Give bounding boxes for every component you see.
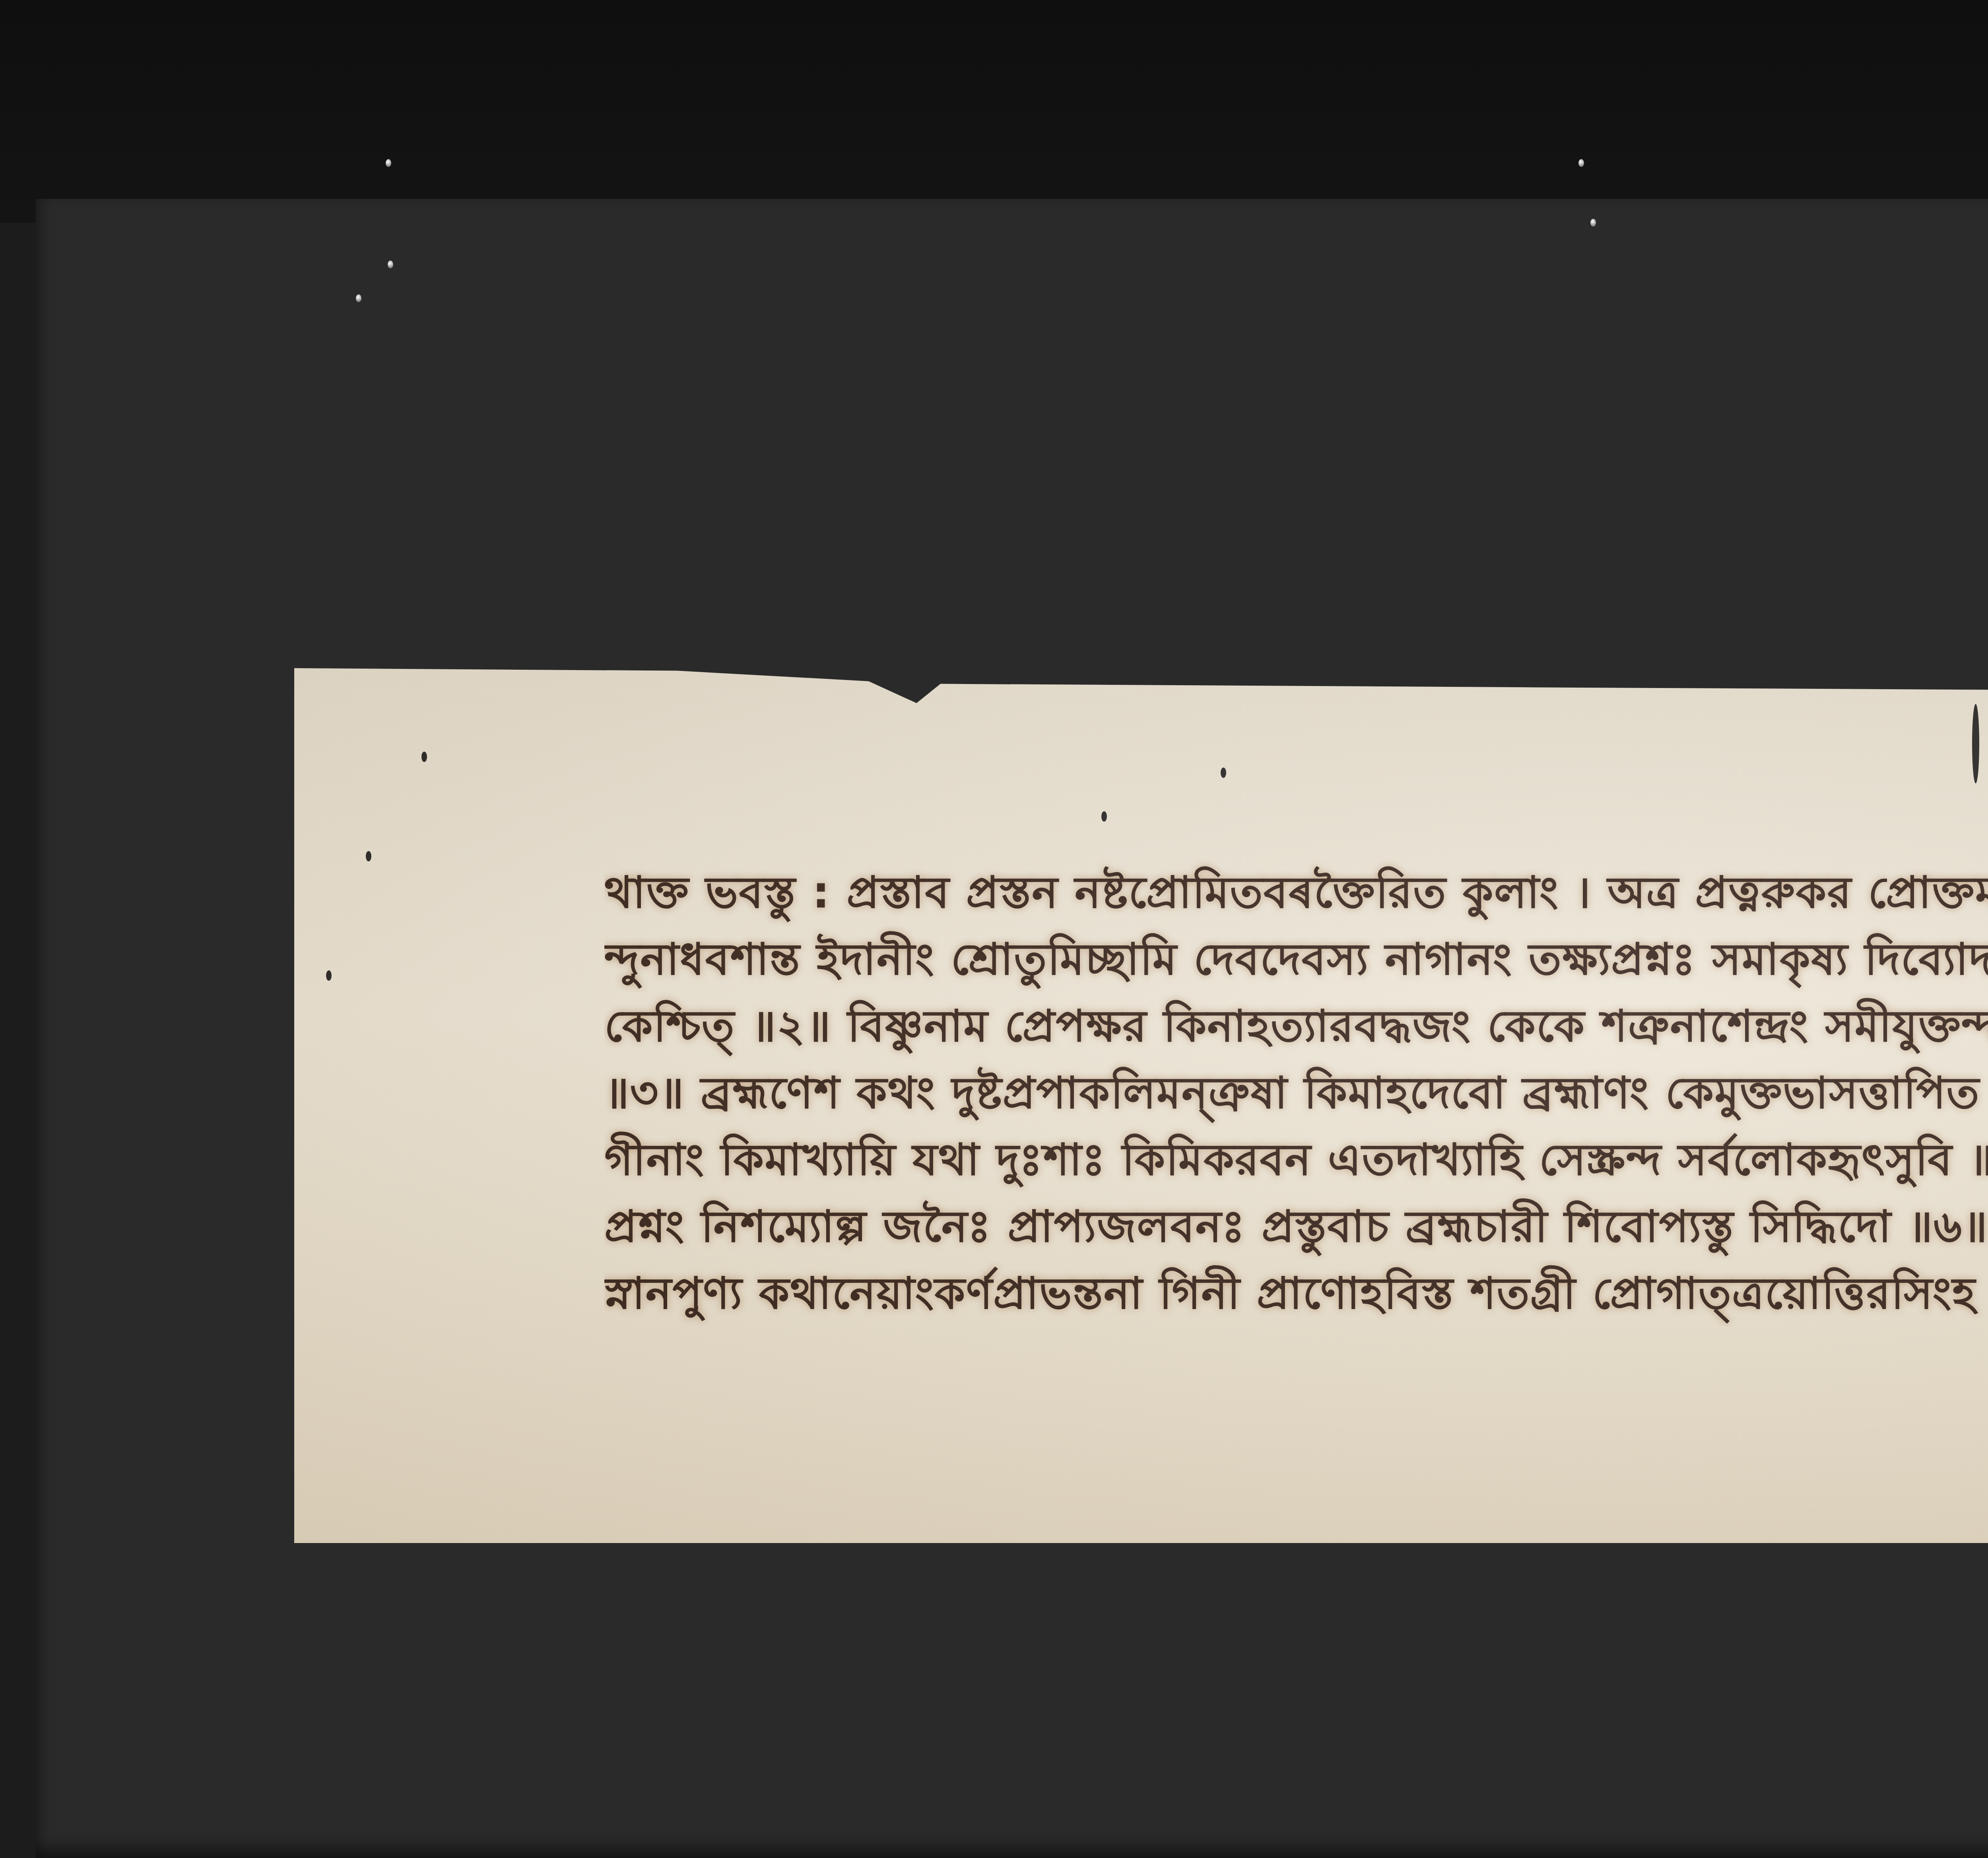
ink-stroke	[1972, 704, 1979, 783]
wormhole	[1221, 768, 1226, 778]
manuscript-leaf: থাক্ত ভবস্তু : প্রস্তাব প্রস্তন নষ্টপ্রো…	[294, 668, 1988, 1543]
mounting-pin	[1590, 219, 1596, 227]
mounting-pin	[386, 159, 391, 167]
text-line: স্নানপুণ্য কথানেয়াংকর্ণপ্রাভন্তনা গিনী …	[604, 1260, 1988, 1327]
wormhole	[366, 851, 371, 861]
mounting-pin	[356, 294, 361, 302]
text-line: ॥৩॥ ব্রহ্মণেশ কথং দুষ্টপ্রপাকলিমন্ত্রুষা…	[604, 1059, 1988, 1126]
text-line: ন্দুনাধবশান্ত ইদানীং শ্রোতুমিচ্ছামি দেবদ…	[604, 926, 1988, 993]
wormhole	[1101, 811, 1107, 822]
mounting-pin	[1578, 159, 1584, 167]
wormhole	[421, 752, 427, 762]
black-top-board	[0, 0, 1988, 223]
text-line: গীনাং কিমাখ্যায়ি যথা দুঃশাঃ কিমিকরবন এত…	[604, 1126, 1988, 1193]
text-line: থাক্ত ভবস্তু : প্রস্তাব প্রস্তন নষ্টপ্রো…	[604, 859, 1988, 926]
manuscript-text: থাক্ত ভবস্তু : প্রস্তাব প্রস্তন নষ্টপ্রো…	[604, 859, 1988, 1327]
mounting-pin	[388, 260, 393, 268]
text-line: কেশ্চিত্ ॥২॥ বিষ্ণুনাম প্রেপক্ষর কিনাহত্…	[604, 993, 1988, 1059]
wormhole	[326, 970, 332, 981]
text-line: প্রশ্নং নিশম্যোল্প জনৈঃ প্রাপ্যজলবনঃ প্র…	[604, 1193, 1988, 1260]
